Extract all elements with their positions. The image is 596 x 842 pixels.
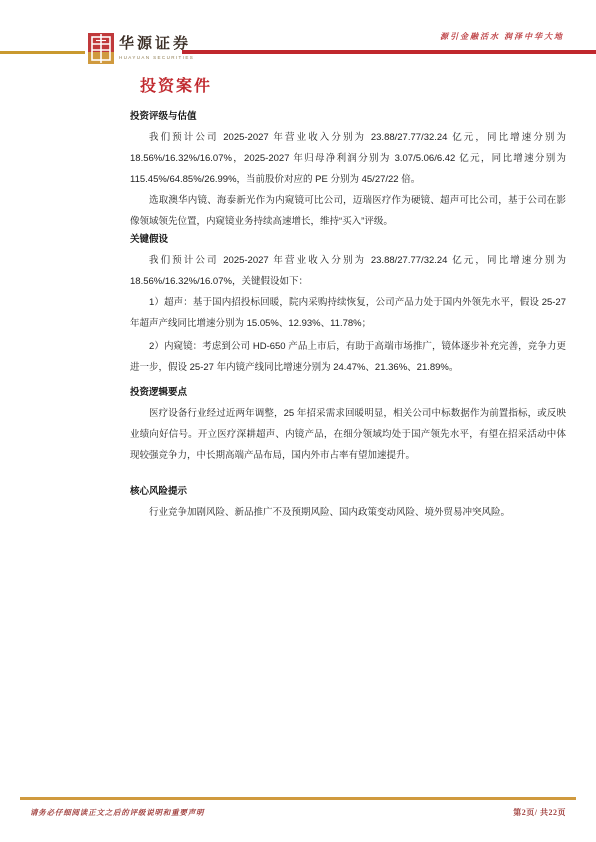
paragraph: 行业竞争加剧风险、新品推广不及预期风险、国内政策变动风险、境外贸易冲突风险。 bbox=[130, 502, 566, 523]
page-title: 投资案件 bbox=[140, 77, 566, 97]
paragraph: 2）内窥镜：考虑到公司 HD-650 产品上市后，有助于高端市场推广，镜体逐步补… bbox=[130, 336, 566, 378]
brand-seal-icon bbox=[88, 33, 114, 64]
report-content: 投资案件 投资评级与估值 我们预计公司 2025-2027 年营业收入分别为 2… bbox=[130, 77, 566, 523]
footer-disclaimer: 请务必仔细阅读正文之后的评级说明和重要声明 bbox=[30, 807, 204, 818]
section-heading: 投资评级与估值 bbox=[130, 106, 566, 127]
header-slogan: 源引金融活水 润泽中华大地 bbox=[440, 31, 564, 42]
paragraph: 我们预计公司 2025-2027 年营业收入分别为 23.88/27.77/32… bbox=[130, 127, 566, 190]
brand-logo: 华源证券 HUAYUAN SECURITIES bbox=[88, 33, 194, 64]
report-page: 华源证券 HUAYUAN SECURITIES 源引金融活水 润泽中华大地 投资… bbox=[0, 0, 596, 842]
section-rating-valuation: 投资评级与估值 我们预计公司 2025-2027 年营业收入分别为 23.88/… bbox=[130, 106, 566, 232]
footer-page-number: 第2页/ 共22页 bbox=[513, 807, 566, 818]
paragraph: 1）超声：基于国内招投标回暖，院内采购持续恢复，公司产品力处于国内外领先水平，假… bbox=[130, 292, 566, 334]
section-investment-logic: 投资逻辑要点 医疗设备行业经过近两年调整，25 年招采需求回暖明显，相关公司中标… bbox=[130, 382, 566, 466]
paragraph: 选取澳华内镜、海泰新光作为内窥镜可比公司，迈瑞医疗作为硬镜、超声可比公司，基于公… bbox=[130, 190, 566, 232]
section-heading: 关键假设 bbox=[130, 229, 566, 250]
paragraph: 我们预计公司 2025-2027 年营业收入分别为 23.88/27.77/32… bbox=[130, 250, 566, 292]
section-heading: 核心风险提示 bbox=[130, 481, 566, 502]
header-gold-divider bbox=[0, 51, 85, 54]
brand-subtitle: HUAYUAN SECURITIES bbox=[119, 55, 194, 60]
section-core-risks: 核心风险提示 行业竞争加剧风险、新品推广不及预期风险、国内政策变动风险、境外贸易… bbox=[130, 481, 566, 523]
brand-name: 华源证券 bbox=[119, 36, 194, 53]
paragraph: 医疗设备行业经过近两年调整，25 年招采需求回暖明显，相关公司中标数据作为前置指… bbox=[130, 403, 566, 466]
brand-text: 华源证券 HUAYUAN SECURITIES bbox=[119, 33, 194, 60]
header-red-divider bbox=[182, 50, 596, 54]
section-heading: 投资逻辑要点 bbox=[130, 382, 566, 403]
footer-gold-divider bbox=[20, 797, 576, 800]
section-key-assumptions: 关键假设 我们预计公司 2025-2027 年营业收入分别为 23.88/27.… bbox=[130, 229, 566, 378]
